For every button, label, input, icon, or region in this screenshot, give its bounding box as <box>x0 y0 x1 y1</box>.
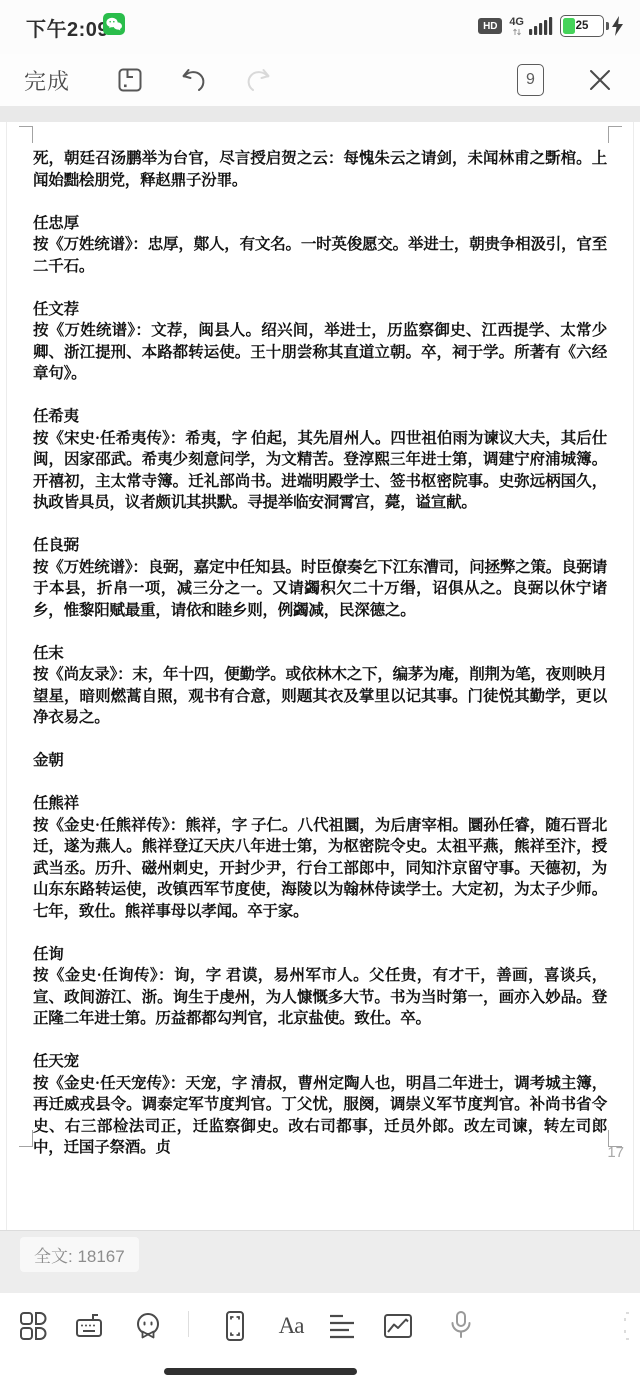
margin-mark-top-left <box>19 126 33 143</box>
section-body: 按《金史·任天宠传》：天宠，字 清叔，曹州定陶人也，明昌二年进士，调考城主簿，再… <box>33 1073 607 1159</box>
page-right-edge <box>633 122 634 1230</box>
section-renliangbi: 任良弼 按《万姓统谱》：良弼，嘉定中任知县。时臣僚奏乞下江东漕司，问拯弊之策。良… <box>33 535 607 621</box>
section-heading: 任询 <box>33 944 607 966</box>
keyboard-icon[interactable] <box>71 1307 109 1345</box>
page-left-edge <box>6 122 7 1230</box>
tools-grid-icon[interactable] <box>15 1307 53 1345</box>
section-body: 按《金史·任询传》：询，字 君谟，易州军市人。父任贵，有才干，善画，喜谈兵，宣、… <box>33 965 607 1030</box>
more-icon-partial[interactable] <box>596 1307 634 1345</box>
font-format-icon[interactable]: Aa <box>272 1307 310 1345</box>
edit-toolbar: 完成 9 <box>0 54 640 106</box>
section-heading: 任希夷 <box>33 406 607 428</box>
insert-image-icon[interactable] <box>379 1307 417 1345</box>
status-indicators: HD 4G 25 <box>478 13 624 39</box>
network-type: 4G <box>509 17 524 36</box>
section-rentianchong: 任天宠 按《金史·任天宠传》：天宠，字 清叔，曹州定陶人也，明昌二年进士，调考城… <box>33 1051 607 1159</box>
section-renwenjian: 任文荐 按《万姓统谱》：文荐，闽县人。绍兴间，举进士，历监察御史、江西提学、太常… <box>33 299 607 385</box>
margin-mark-top-right <box>608 126 622 143</box>
signal-bars-icon <box>529 17 553 35</box>
section-renxiyi: 任希夷 按《宋史·任希夷传》：希夷，字 伯起，其先眉州人。四世祖伯雨为谏议大夫，… <box>33 406 607 514</box>
section-body: 按《万姓统谱》：文荐，闽县人。绍兴间，举进士，历监察御史、江西提学、太常少卿、浙… <box>33 320 607 385</box>
section-heading: 任末 <box>33 643 607 665</box>
section-body: 按《尚友录》：末，年十四，便勤学。或依林木之下，编茅为庵，削荆为笔，夜则映月望星… <box>33 664 607 729</box>
clock-time: 下午2:09 <box>26 13 109 42</box>
voice-input-icon[interactable] <box>442 1307 480 1345</box>
paragraph-format-icon[interactable] <box>323 1307 361 1345</box>
section-heading: 任熊祥 <box>33 793 607 815</box>
charging-bolt-icon <box>611 16 624 36</box>
section-heading: 任天宠 <box>33 1051 607 1073</box>
section-body: 按《金史·任熊祥传》：熊祥，字 子仁。八代祖圜，为后唐宰相。圜孙任睿，随石晋北迁… <box>33 815 607 923</box>
section-renzhonghou: 任忠厚 按《万姓统谱》：忠厚，鄚人，有文名。一时英俊愿交。举进士，朝贵争相汲引，… <box>33 213 607 278</box>
section-jinchao-era: 金朝 <box>33 750 607 772</box>
status-bar: 下午2:09 HD 4G 25 <box>0 0 640 54</box>
assistant-face-icon[interactable] <box>129 1307 167 1345</box>
wechat-notification-icon <box>103 13 125 35</box>
done-button[interactable]: 完成 <box>24 65 70 96</box>
section-heading: 任忠厚 <box>33 213 607 235</box>
word-count-bubble: 全文: 18167 <box>20 1237 139 1272</box>
margin-mark-bottom-left <box>19 1130 33 1147</box>
page-navigator-button[interactable]: 9 <box>517 64 544 96</box>
document-page[interactable]: 17 死，朝廷召汤鹏举为台官，尽言授启贺之云：每愧朱云之请剑，未闻林甫之斲棺。上… <box>0 122 640 1230</box>
word-count-band: 全文: 18167 <box>0 1230 640 1293</box>
page-number: 17 <box>607 1144 624 1161</box>
section-renxun: 任询 按《金史·任询传》：询，字 君谟，易州军市人。父任贵，有才干，善画，喜谈兵… <box>33 944 607 1030</box>
intro-paragraph: 死，朝廷召汤鹏举为台官，尽言授启贺之云：每愧朱云之请剑，未闻林甫之斲棺。上闻始黜… <box>33 148 607 191</box>
data-arrows-icon <box>512 28 522 36</box>
document-text: 死，朝廷召汤鹏举为台官，尽言授启贺之云：每愧朱云之请剑，未闻林甫之斲棺。上闻始黜… <box>33 148 607 1159</box>
section-heading: 任文荐 <box>33 299 607 321</box>
home-indicator-bar[interactable] <box>164 1368 357 1375</box>
section-renxiongxiang: 任熊祥 按《金史·任熊祥传》：熊祥，字 子仁。八代祖圜，为后唐宰相。圜孙任睿，随… <box>33 793 607 922</box>
hd-volte-badge: HD <box>478 18 502 34</box>
section-renmo: 任末 按《尚友录》：末，年十四，便勤学。或依林木之下，编茅为庵，削荆为笔，夜则映… <box>33 643 607 729</box>
close-button[interactable] <box>584 64 616 96</box>
undo-button[interactable] <box>178 64 210 96</box>
redo-button[interactable] <box>242 64 274 96</box>
fit-page-icon[interactable] <box>216 1307 254 1345</box>
battery-fill <box>563 18 575 34</box>
battery-indicator: 25 <box>560 15 604 37</box>
section-heading: 任良弼 <box>33 535 607 557</box>
section-heading: 金朝 <box>33 750 607 772</box>
section-body: 按《万姓统谱》：良弼，嘉定中任知县。时臣僚奏乞下江东漕司，问拯弊之策。良弼请于本… <box>33 557 607 622</box>
page-gap-strip <box>0 106 640 122</box>
toolbar-divider <box>188 1311 189 1337</box>
save-button[interactable] <box>114 64 146 96</box>
section-body: 按《宋史·任希夷传》：希夷，字 伯起，其先眉州人。四世祖伯雨为谏议大夫，其后仕闽… <box>33 428 607 514</box>
section-body: 按《万姓统谱》：忠厚，鄚人，有文名。一时英俊愿交。举进士，朝贵争相汲引，官至二千… <box>33 234 607 277</box>
